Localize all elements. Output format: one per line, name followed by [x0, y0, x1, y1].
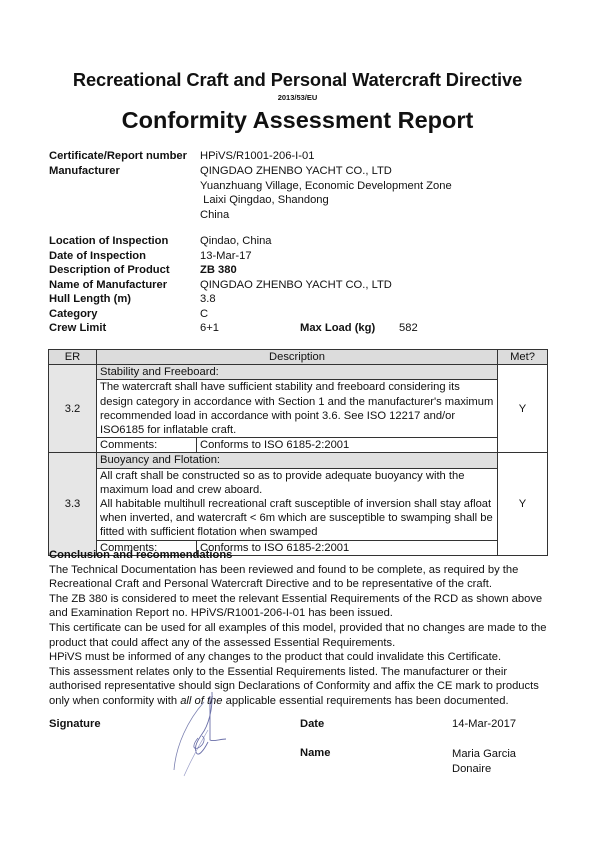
signature-label: Signature	[49, 718, 101, 730]
er-column-header: ER	[49, 350, 97, 365]
table-row: 3.2 Stability and Freeboard: Y	[49, 365, 548, 380]
manufacturer-value: QINGDAO ZHENBO YACHT CO., LTD	[200, 164, 392, 179]
directive-number: 2013/53/EU	[0, 93, 595, 102]
essential-requirements-table: ER Description Met? 3.2 Stability and Fr…	[48, 349, 548, 556]
met-value: Y	[498, 453, 548, 555]
signature-date-value: 14-Mar-2017	[452, 718, 516, 730]
manufacturer-name-value: QINGDAO ZHENBO YACHT CO., LTD	[200, 278, 392, 293]
category-value: C	[200, 307, 208, 322]
description-column-header: Description	[97, 350, 498, 365]
met-column-header: Met?	[498, 350, 548, 365]
er-number: 3.2	[49, 365, 97, 453]
table-row: Comments: Conforms to ISO 6185-2:2001	[49, 438, 548, 453]
signatory-name: Maria Garcia Donaire	[452, 747, 516, 776]
requirement-heading: Stability and Freeboard:	[97, 365, 498, 380]
name-label: Name	[300, 747, 330, 759]
crew-limit-value: 6+1	[200, 321, 219, 336]
manufacturer-name-label: Name of Manufacturer	[49, 278, 167, 293]
max-load-label: Max Load (kg)	[300, 321, 375, 336]
signatory-name-line: Maria Garcia	[452, 747, 516, 762]
product-description-value: ZB 380	[200, 263, 237, 278]
signatory-name-line: Donaire	[452, 762, 516, 777]
category-label: Category	[49, 307, 98, 322]
conclusion-section: Conclusion and recommendations The Techn…	[49, 548, 549, 709]
location-value: Qindao, China	[200, 234, 272, 249]
product-description-label: Description of Product	[49, 263, 170, 278]
conclusion-heading: Conclusion and recommendations	[49, 548, 549, 563]
directive-title: Recreational Craft and Personal Watercra…	[0, 69, 595, 91]
location-label: Location of Inspection	[49, 234, 168, 249]
table-row: All craft shall be constructed so as to …	[49, 468, 548, 540]
certificate-number-label: Certificate/Report number	[49, 149, 187, 164]
table-row: 3.3 Buoyancy and Flotation: Y	[49, 453, 548, 468]
met-value: Y	[498, 365, 548, 453]
conclusion-paragraph: This certificate can be used for all exa…	[49, 621, 549, 650]
text-span: applicable essential requirements has be…	[223, 695, 509, 707]
requirement-description: All craft shall be constructed so as to …	[97, 468, 498, 540]
conclusion-paragraph: The Technical Documentation has been rev…	[49, 563, 549, 592]
conclusion-paragraph: This assessment relates only to the Esse…	[49, 665, 549, 709]
comments-value: Conforms to ISO 6185-2:2001	[197, 438, 498, 453]
manufacturer-address-line: Laixi Qingdao, Shandong	[200, 193, 329, 208]
crew-limit-label: Crew Limit	[49, 321, 106, 336]
conclusion-paragraph: The ZB 380 is considered to meet the rel…	[49, 592, 549, 621]
date-label: Date	[300, 718, 324, 730]
report-title: Conformity Assessment Report	[0, 107, 595, 134]
handwritten-signature-icon	[168, 690, 253, 780]
hull-length-value: 3.8	[200, 292, 216, 307]
manufacturer-label: Manufacturer	[49, 164, 120, 179]
hull-length-label: Hull Length (m)	[49, 292, 131, 307]
er-number: 3.3	[49, 453, 97, 555]
table-row: The watercraft shall have sufficient sta…	[49, 380, 548, 438]
date-of-inspection-value: 13-Mar-17	[200, 249, 252, 264]
requirement-description: The watercraft shall have sufficient sta…	[97, 380, 498, 438]
date-of-inspection-label: Date of Inspection	[49, 249, 146, 264]
manufacturer-address-line: Yuanzhuang Village, Economic Development…	[200, 179, 452, 194]
conclusion-paragraph: HPiVS must be informed of any changes to…	[49, 650, 549, 665]
manufacturer-address-line: China	[200, 208, 229, 223]
comments-label: Comments:	[97, 438, 197, 453]
max-load-value: 582	[399, 321, 418, 336]
requirement-heading: Buoyancy and Flotation:	[97, 453, 498, 468]
table-header-row: ER Description Met?	[49, 350, 548, 365]
certificate-number-value: HPiVS/R1001-206-I-01	[200, 149, 314, 164]
